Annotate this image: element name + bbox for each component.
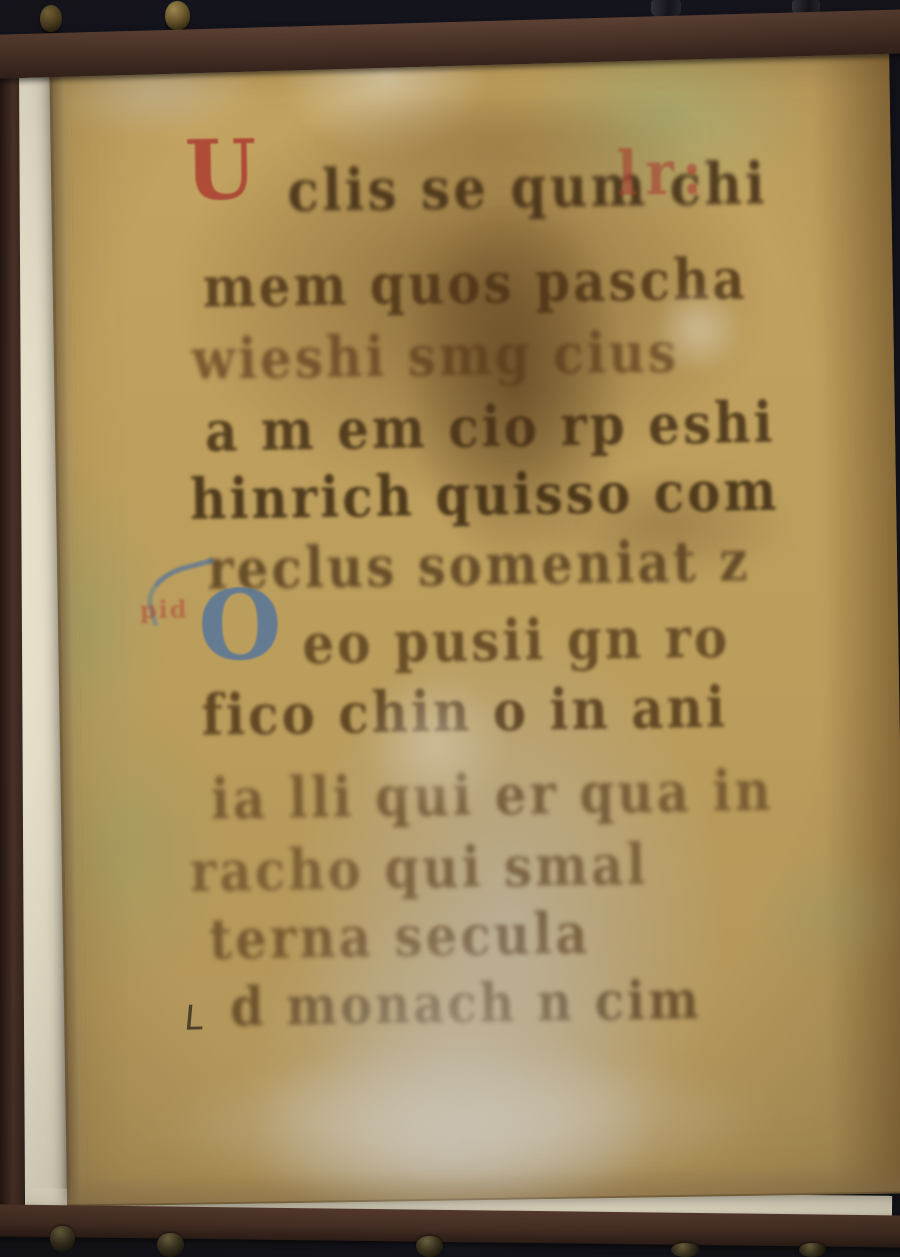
text-line: reclus someniat z: [207, 528, 751, 603]
text-line: fico chin o in ani: [201, 674, 728, 748]
brass-stud-icon: [50, 1226, 75, 1252]
stray-pen-mark: L: [182, 998, 206, 1038]
margin-guide-letter: pid: [140, 595, 189, 625]
text-line: terna secula: [208, 900, 591, 972]
brass-stud-icon: [40, 5, 62, 32]
brass-stud-icon: [157, 1233, 184, 1257]
parchment-leaf: U clis se qum chi lr: mem quos pascha wi…: [49, 31, 900, 1206]
illuminated-initial-red: U: [184, 129, 257, 212]
text-line: wieshi smg cius: [191, 319, 679, 393]
text-line: d monach n cim: [230, 969, 703, 1039]
brass-stud-icon: [799, 1243, 826, 1257]
manuscript-photograph: U clis se qum chi lr: mem quos pascha wi…: [0, 0, 900, 1257]
brass-stud-icon: [416, 1236, 443, 1257]
text-line: hinrich quisso com: [190, 457, 780, 532]
illuminated-initial-blue: O: [197, 577, 282, 674]
brass-stud-icon: [671, 1243, 700, 1257]
text-line: racho qui smal: [189, 831, 648, 904]
text-line: eo pusii gn ro: [302, 604, 731, 677]
text-line: ia lli qui er qua in: [210, 757, 774, 832]
rubric-text: lr:: [616, 136, 710, 209]
text-line: mem quos pascha: [202, 246, 748, 321]
text-line: a m em cio rp eshi: [204, 389, 775, 464]
brass-stud-icon: [165, 1, 190, 30]
